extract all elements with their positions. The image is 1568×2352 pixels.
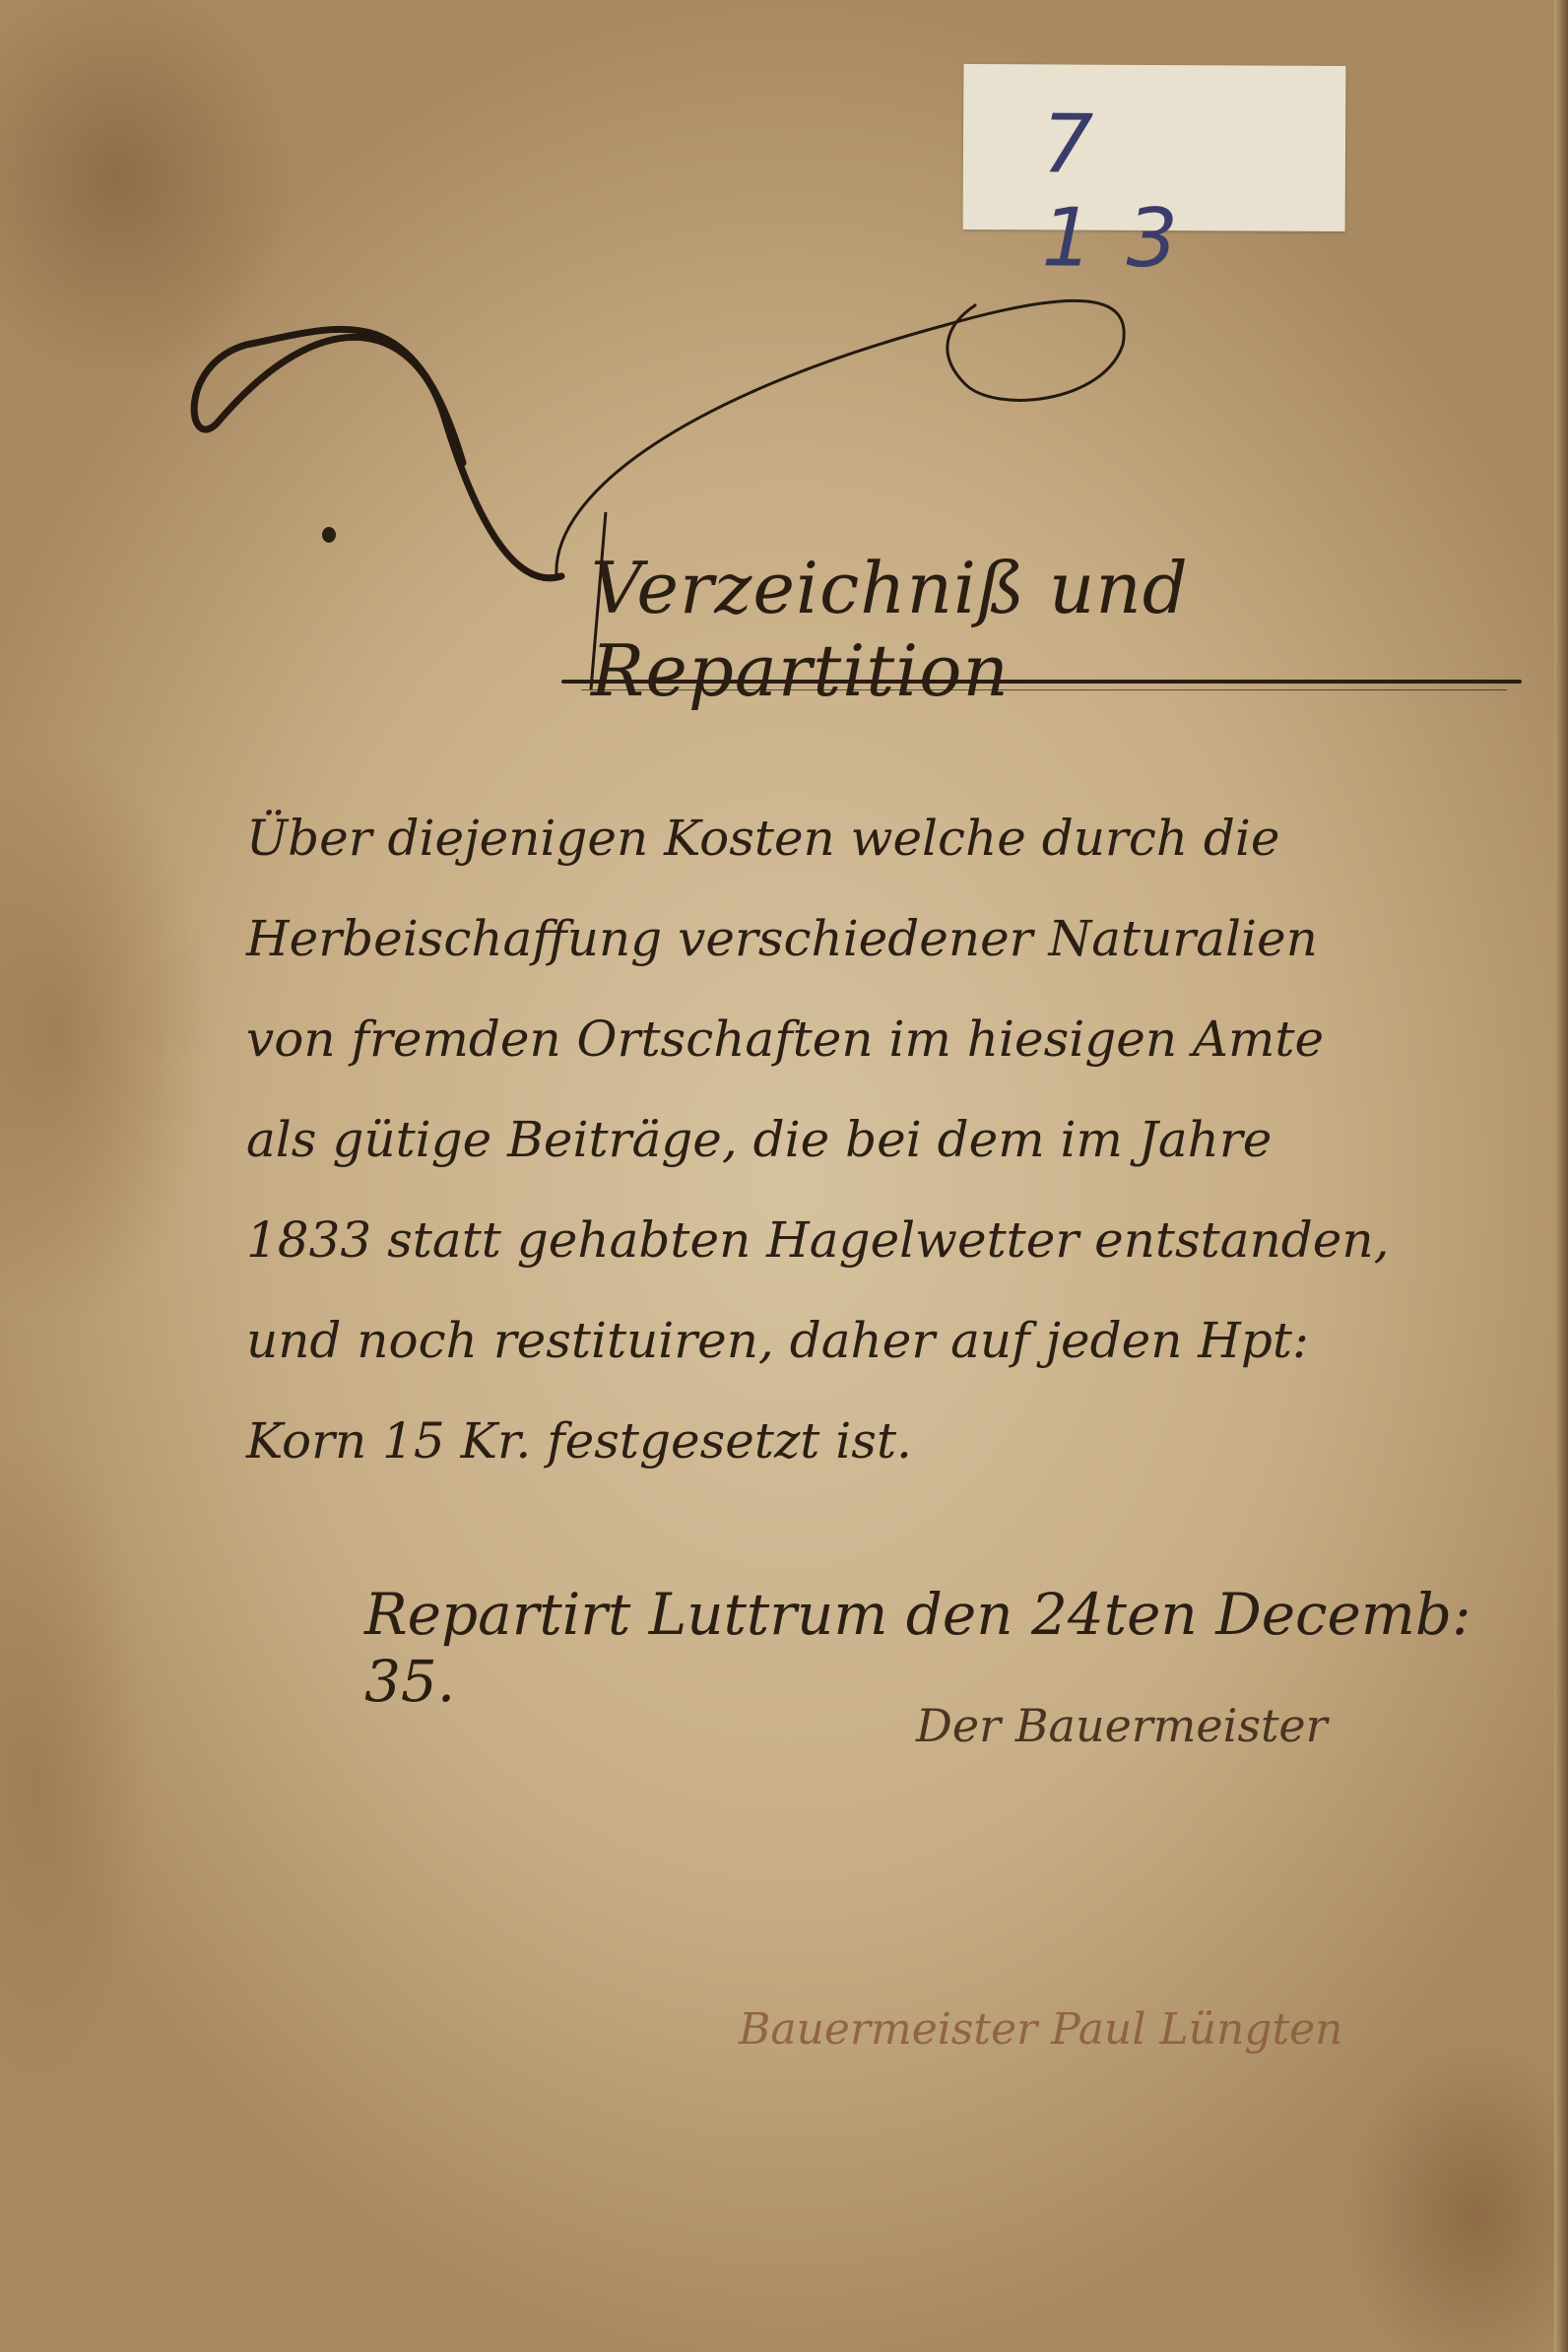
ink-blot bbox=[322, 527, 336, 543]
signature: Bauermeister Paul Lüngten bbox=[739, 2004, 1343, 2055]
body-line: 1833 statt gehabten Hagelwetter entstand… bbox=[246, 1190, 1546, 1290]
office-title: Der Bauermeister bbox=[916, 1699, 1328, 1752]
title-underline bbox=[561, 680, 1522, 684]
body-line: und noch restituiren, daher auf jeden Hp… bbox=[246, 1290, 1546, 1391]
body-line: als gütige Beiträge, die bei dem im Jahr… bbox=[246, 1089, 1546, 1190]
body-line: Über diejenigen Kosten welche durch die bbox=[246, 788, 1546, 888]
document-page: 7 13 Verzeichniß und Repartition Über di… bbox=[0, 0, 1568, 2352]
body-line: von fremden Ortschaften im hiesigen Amte bbox=[246, 989, 1546, 1089]
document-title: Verzeichniß und Repartition bbox=[591, 547, 1568, 712]
title-underline-thin bbox=[581, 689, 1507, 690]
body-line: Korn 15 Kr. festgesetzt ist. bbox=[246, 1391, 1546, 1491]
document-body: Über diejenigen Kosten welche durch die … bbox=[246, 788, 1546, 1491]
place-date-line: Repartirt Luttrum den 24ten Decemb: 35. bbox=[364, 1581, 1568, 1715]
body-line: Herbeischaffung verschiedener Naturalien bbox=[246, 888, 1546, 989]
